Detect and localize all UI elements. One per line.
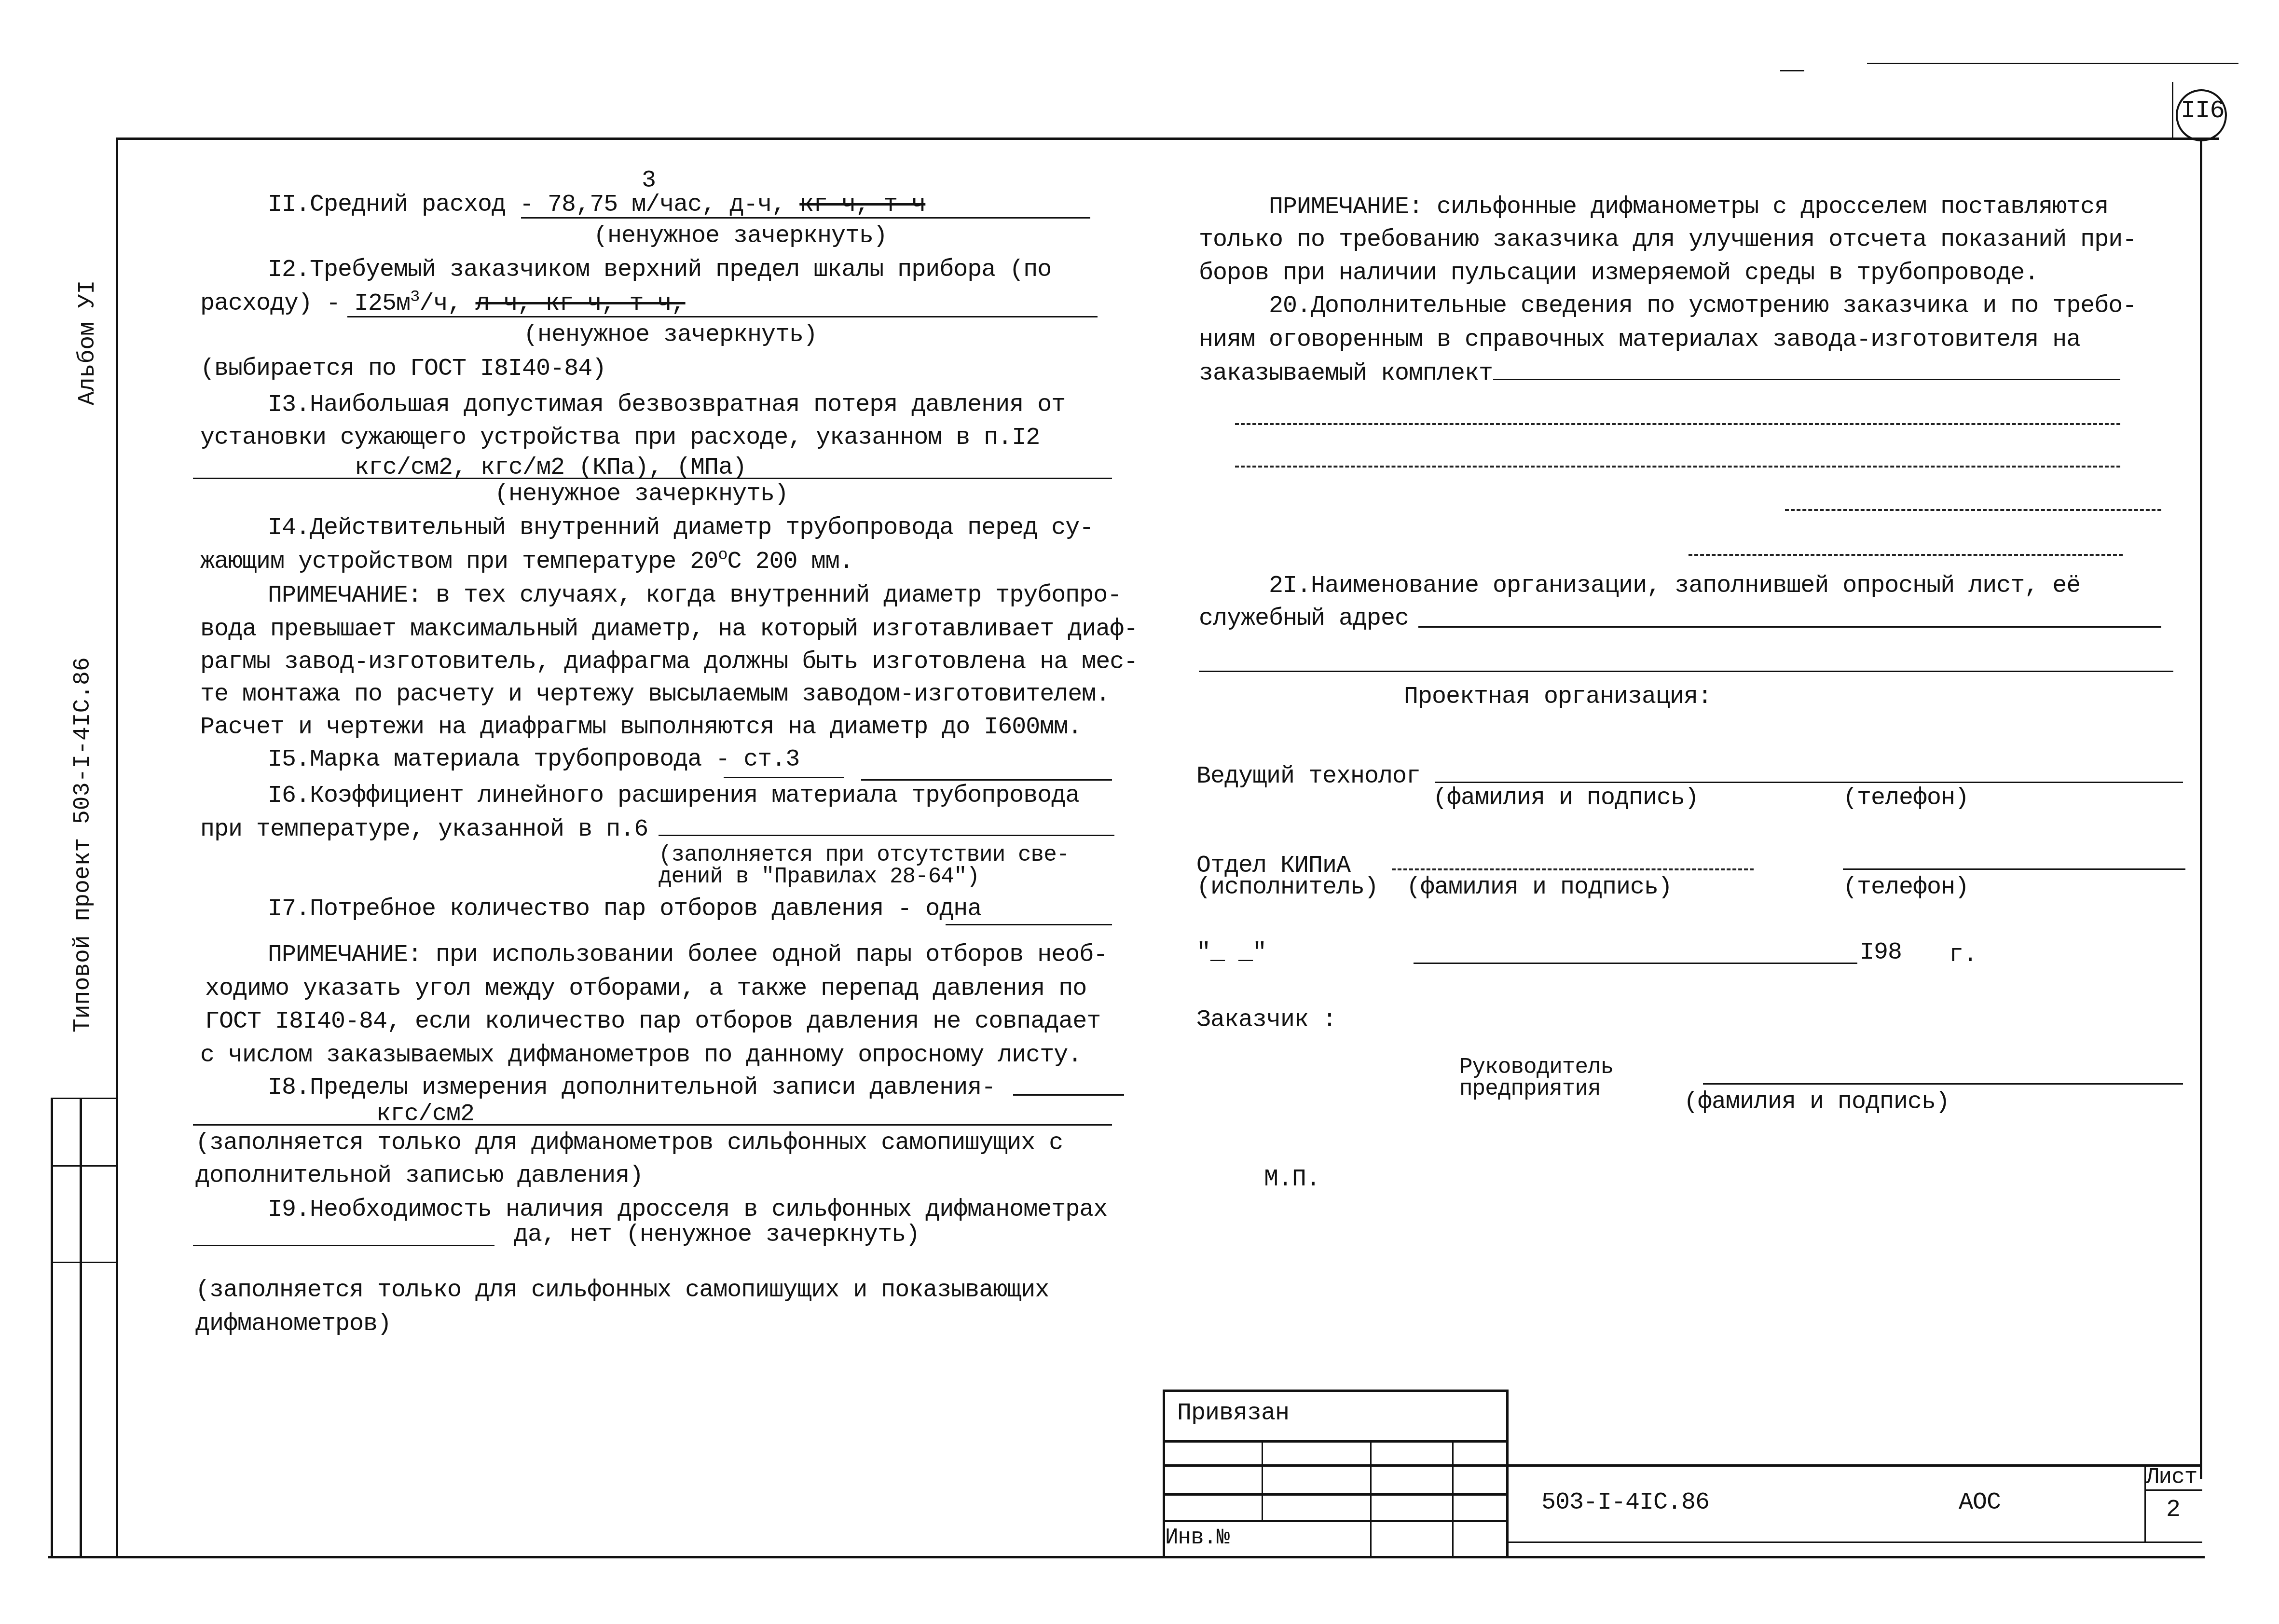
item20-field-1[interactable] [1493, 379, 2120, 380]
item20-line-2: ниям оговоренным в справочных материалах… [1199, 326, 2080, 355]
lead-technologist-sig-caption: (фамилия и подпись) [1433, 784, 1699, 813]
item20-line-3: заказываемый комплект [1199, 359, 1493, 388]
item20-field-5[interactable] [1689, 554, 2123, 556]
sheet-label: Лист [2146, 1464, 2197, 1490]
item18-underline-a[interactable] [1013, 1094, 1124, 1096]
item14-line2: жающим устройством при температуре 20оС … [200, 548, 853, 577]
item13-line2: установки сужающего устройства при расхо… [200, 424, 1040, 453]
note14-line-5: Расчет и чертежи на диафрагмы выполняютс… [200, 713, 1082, 742]
item13-line1: I3.Наибольшая допустимая безвозвратная п… [268, 391, 1065, 420]
note14-line-4: те монтажа по расчету и чертежу высылаем… [200, 680, 1110, 709]
kip-dept-role: (исполнитель) [1196, 873, 1378, 902]
stamp-mp: М.П. [1264, 1165, 1320, 1194]
item11-value[interactable]: - 78,75 м/час, д-ч, [520, 191, 799, 219]
frame-bottom-border [48, 1556, 2205, 1558]
item19-line2: да, нет (ненужное зачеркнуть) [514, 1221, 920, 1250]
item15-underline-a[interactable] [724, 777, 844, 778]
frame-top-border [116, 138, 2219, 140]
item21-line-2: служебный адрес [1199, 605, 1409, 633]
top-edge-line [1867, 63, 2238, 64]
sheet-number: 2 [2166, 1496, 2180, 1525]
item20-line-1: 20.Дополнительные сведения по усмотрению… [1269, 292, 2136, 321]
item19-underline[interactable] [193, 1245, 494, 1246]
item12-line1: I2.Требуемый заказчиком верхний предел ш… [268, 256, 1051, 285]
date-quote: "_ _" [1196, 938, 1266, 967]
note17-line-3: ГОСТ I8I40-84, если количество пар отбор… [205, 1007, 1100, 1036]
note19-line-1: ПРИМЕЧАНИЕ: сильфонные дифманометры с др… [1269, 193, 2108, 222]
item16-line2: при температуре, указанной в п.6 [200, 815, 648, 844]
date-field[interactable] [1414, 963, 1857, 964]
kip-dept-phone-field[interactable] [1843, 868, 2185, 870]
note17-line-4: с числом заказываемых дифманометров по д… [200, 1041, 1082, 1070]
kip-dept-phone-caption: (телефон) [1843, 873, 1969, 902]
top-edge-mark [1780, 70, 1804, 71]
lead-technologist-label: Ведущий технолог [1196, 762, 1420, 791]
kip-dept-sig-caption: (фамилия и подпись) [1406, 873, 1672, 902]
note17-line-2: ходимо указать угол между отборами, а та… [205, 975, 1086, 1004]
item13-note: (ненужное зачеркнуть) [494, 480, 788, 509]
lead-technologist-phone-caption: (телефон) [1843, 784, 1969, 813]
director-sig-caption: (фамилия и подпись) [1684, 1088, 1950, 1117]
item18-note-2: дополнительной записью давления) [195, 1162, 643, 1191]
item18-note-1: (заполняется только для дифманометров си… [195, 1129, 1063, 1158]
item21-address-field-2[interactable] [1199, 671, 2173, 672]
inv-label: Инв.№ [1165, 1525, 1229, 1551]
director-label-2: предприятия [1459, 1076, 1601, 1102]
item12-underline[interactable] [347, 316, 1098, 317]
item12-line2: расходу) - I25м3/ч, л-ч, кг-ч, т-ч, [200, 289, 686, 318]
item17-value[interactable]: - одна [897, 895, 981, 923]
item11-underline[interactable] [521, 217, 1090, 219]
project-org-heading: Проектная организация: [1404, 683, 1712, 712]
frame-right-border [2200, 138, 2202, 1479]
item11-label: II.Средний расход [268, 191, 506, 219]
item12-gost: (выбирается по ГОСТ I8I40-84) [200, 355, 606, 384]
item15-underline-b[interactable] [861, 779, 1112, 781]
page-number: II6 [2181, 96, 2224, 125]
page-number-tick [2172, 82, 2173, 138]
footer-note-1: (заполняется только для сильфонных самоп… [195, 1276, 1049, 1305]
doc-mark: АОС [1959, 1488, 2001, 1517]
note14-line-1: ПРИМЕЧАНИЕ: в тех случаях, когда внутрен… [268, 581, 1121, 610]
item20-field-4[interactable] [1785, 509, 2161, 511]
item16-line1: I6.Коэффициент линейного расширения мате… [268, 782, 1079, 811]
item15-row: I5.Марка материала трубопровода - ст.3 [268, 745, 799, 774]
item15-value[interactable]: - ст.3 [715, 746, 799, 773]
note19-line-2: только по требованию заказчика для улучш… [1199, 226, 2136, 255]
album-label: Альбом УI [75, 280, 101, 405]
date-suffix: г. [1949, 941, 1977, 970]
bound-label: Привязан [1177, 1399, 1289, 1428]
item17-row: I7.Потребное количество пар отборов давл… [268, 895, 981, 924]
item14-line1: I4.Действительный внутренний диаметр тру… [268, 514, 1093, 543]
item19-line1: I9.Необходимость наличия дросселя в силь… [268, 1196, 1107, 1225]
item20-field-3[interactable] [1235, 466, 2120, 468]
frame-left-border [116, 138, 118, 1556]
note19-line-3: боров при наличии пульсации измеряемой с… [1199, 259, 2038, 288]
note14-line-3: рагмы завод-изготовитель, диафрагма долж… [200, 648, 1138, 677]
project-label: Типовой проект 503-I-4IC.86 [70, 657, 96, 1032]
item13-underline[interactable] [193, 478, 1112, 479]
item20-field-2[interactable] [1235, 423, 2120, 425]
item16-note-2: дений в "Правилах 28-64") [659, 864, 979, 890]
kip-dept-sig-field[interactable] [1392, 868, 1754, 870]
footer-note-2: дифманометров) [195, 1310, 391, 1339]
item18-underline-b[interactable] [193, 1124, 1112, 1126]
doc-code: 503-I-4IC.86 [1541, 1488, 1709, 1517]
customer-label: Заказчик : [1196, 1006, 1336, 1035]
director-sig-field[interactable] [1703, 1083, 2183, 1085]
date-year: I98 [1860, 938, 1902, 967]
item11-row: II.Средний расход - 78,75 м/час, д-ч, кг… [268, 191, 925, 220]
item21-line-1: 2I.Наименование организации, заполнившей… [1269, 572, 2080, 601]
lead-technologist-field[interactable] [1435, 782, 2183, 783]
note14-line-2: вода превышает максимальный диаметр, на … [200, 615, 1138, 644]
note17-line-1: ПРИМЕЧАНИЕ: при использовании более одно… [268, 941, 1107, 970]
item16-underline[interactable] [659, 835, 1114, 836]
item18-line1: I8.Пределы измерения дополнительной запи… [268, 1073, 995, 1102]
item21-address-field-1[interactable] [1418, 626, 2161, 628]
item17-underline[interactable] [946, 924, 1112, 925]
item12-note: (ненужное зачеркнуть) [523, 321, 817, 350]
item11-struck-units: кг-ч, т-ч [799, 191, 925, 219]
item11-note: (ненужное зачеркнуть) [593, 222, 887, 251]
